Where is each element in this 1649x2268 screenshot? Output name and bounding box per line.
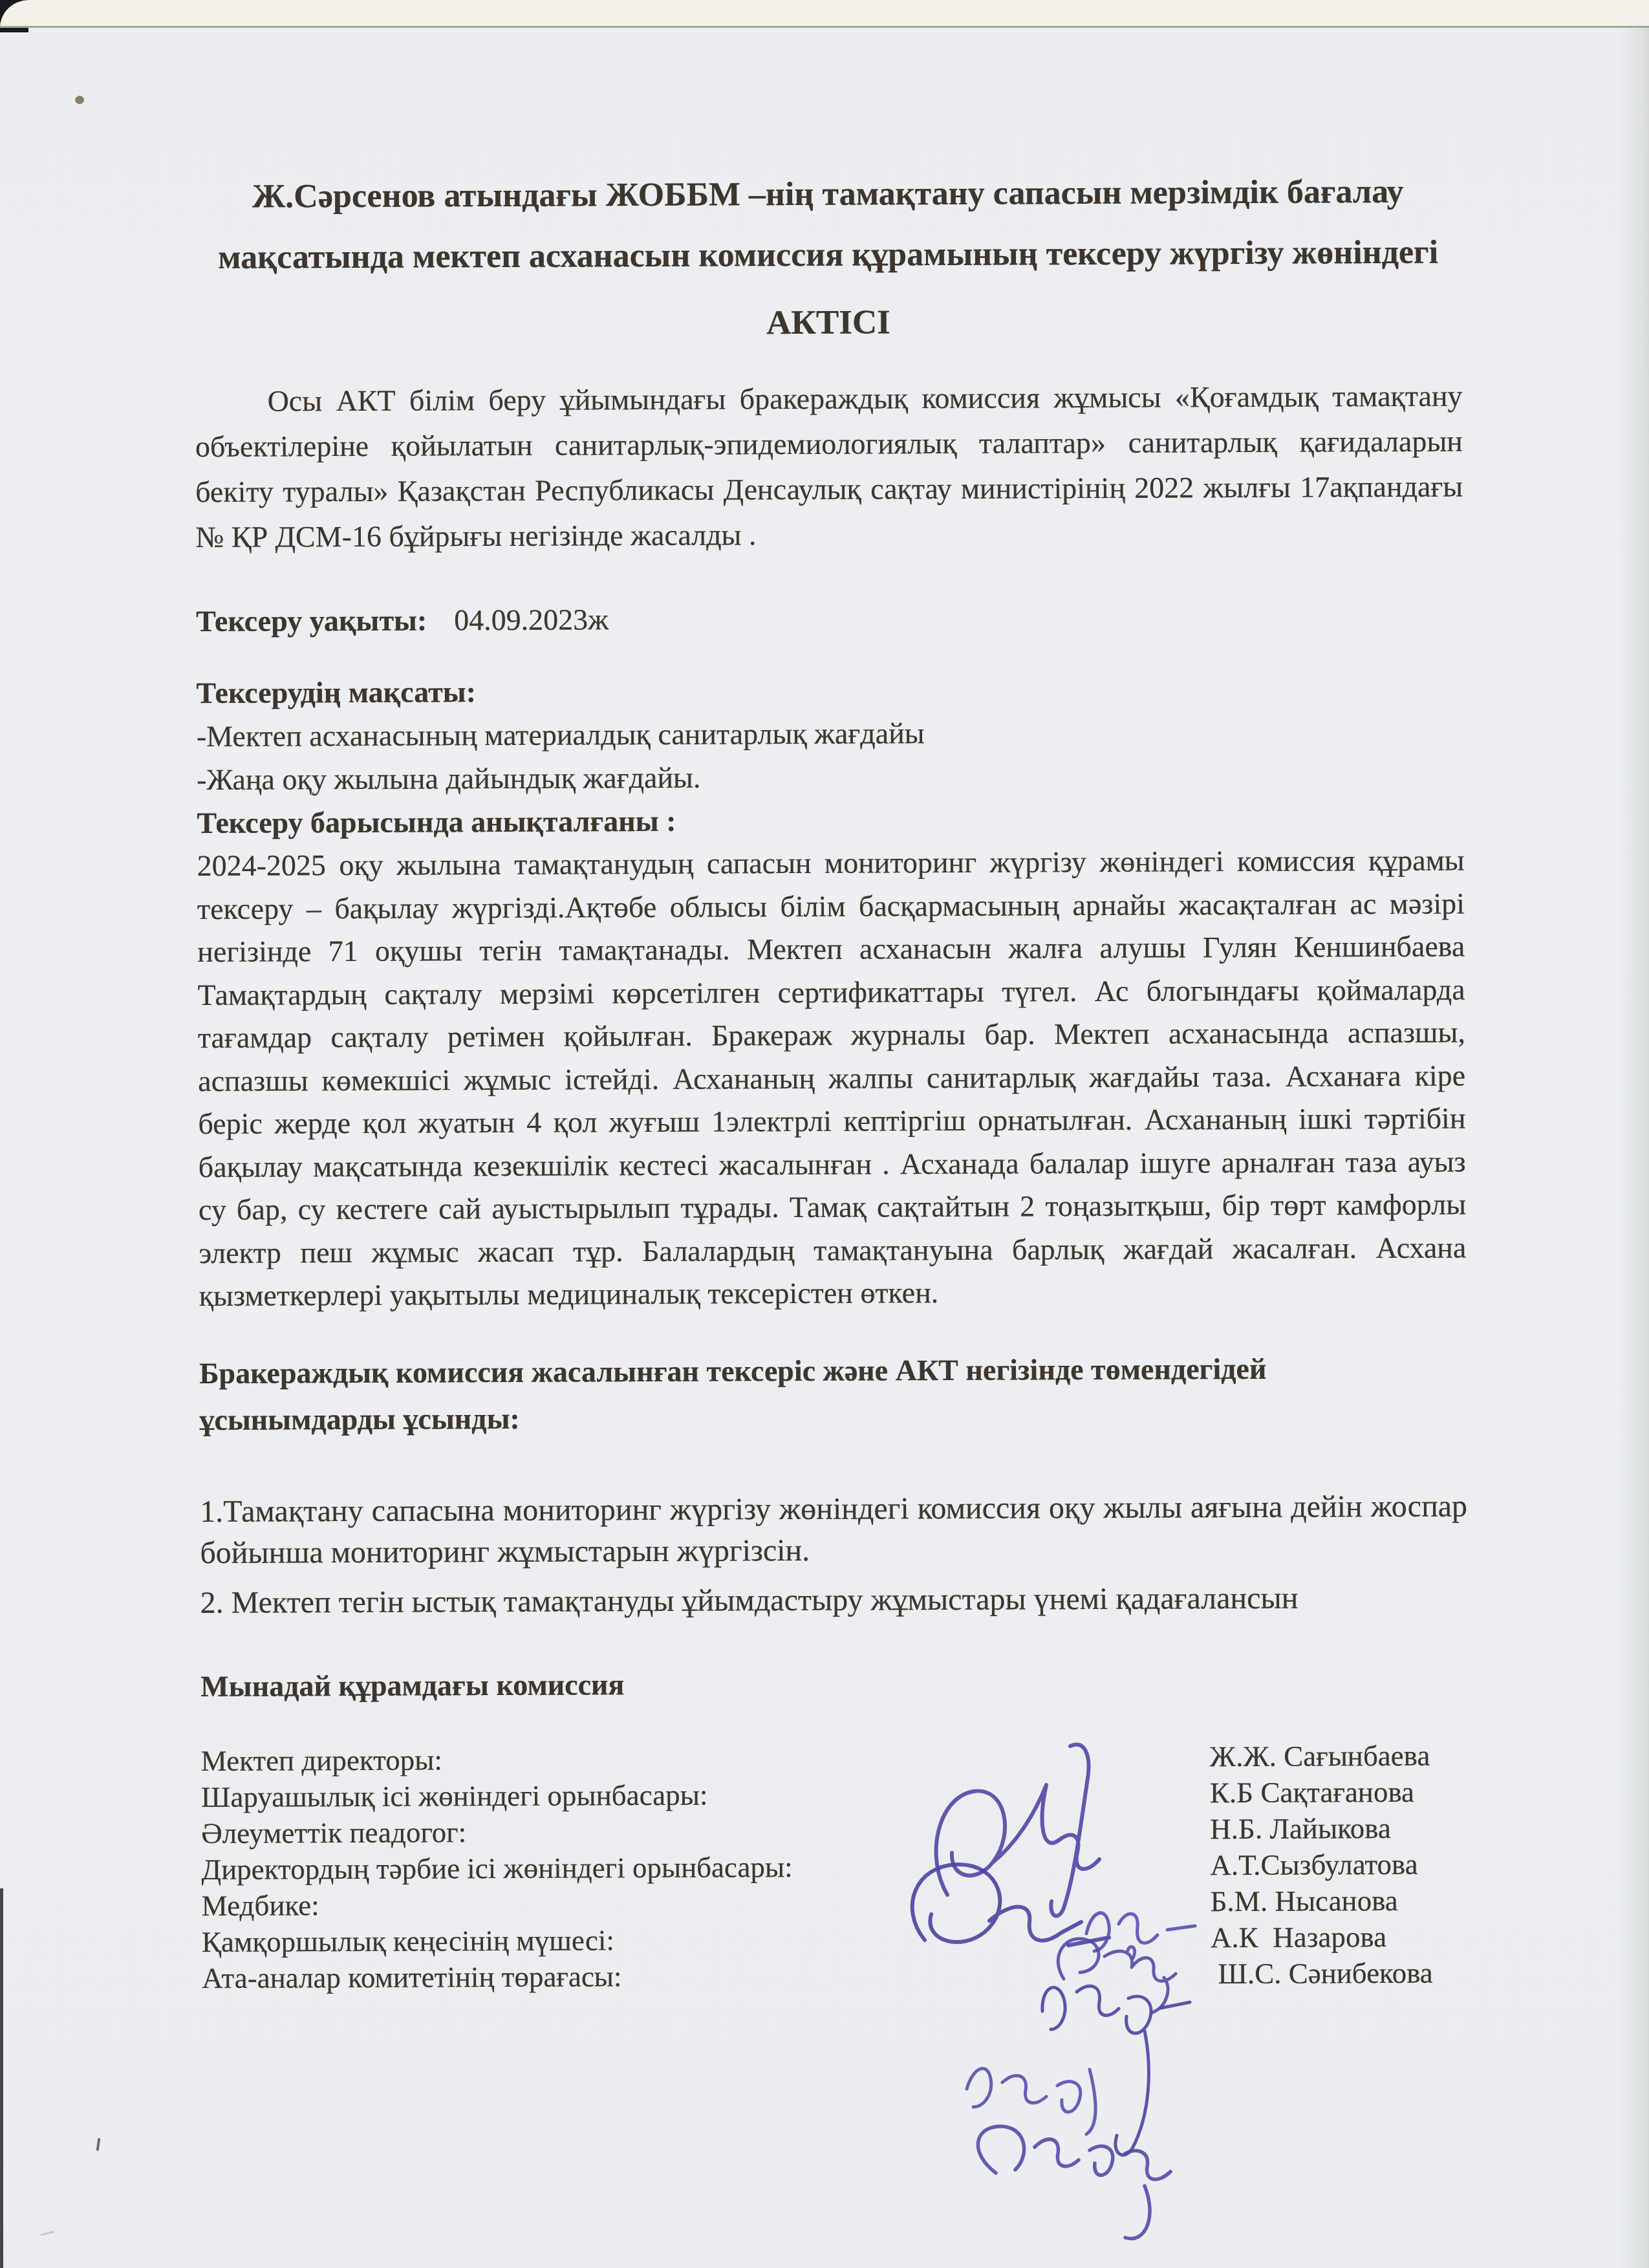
recommendations-heading: Бракераждық комиссия жасалынған тексеріс… <box>199 1345 1467 1443</box>
commission-member-role: Ата-аналар комитетінің төрағасы: <box>202 1956 1211 1996</box>
commission-member-role: Шаруашылық ісі жөніндегі орынбасары: <box>201 1775 1210 1815</box>
commission-list: Мектеп директоры: Ж.Ж. Сағынбаева Шаруаш… <box>201 1737 1470 1996</box>
commission-member-role: Мектеп директоры: <box>201 1738 1210 1779</box>
purpose-heading: Тексерудің мақсаты: <box>196 665 1463 715</box>
intro-paragraph: Осы АКТ білім беру ұйымындағы бракеражды… <box>195 373 1463 560</box>
signature-nurse <box>1042 1986 1190 2155</box>
commission-member-name: Н.Б. Лайыкова <box>1210 1809 1469 1847</box>
commission-member-row: Шаруашылық ісі жөніндегі орынбасары: К.Б… <box>201 1773 1469 1815</box>
purpose-item: -Жаңа оқу жылына дайындық жағдайы. <box>197 752 1464 801</box>
act-heading: АКТІСІ <box>195 297 1462 348</box>
paper-left-edge-line <box>0 1888 3 2268</box>
commission-member-name: Б.М. Нысанова <box>1211 1882 1469 1919</box>
findings-paragraph: 2024-2025 оқу жылына тамақтанудың сапасы… <box>197 839 1467 1317</box>
commission-heading: Мынадай құрамдағы комиссия <box>200 1659 1468 1708</box>
paper-right-edge-shading <box>1619 26 1649 2268</box>
scanned-act-document-page: Ж.Сәрсенов атындағы ЖОББМ –нің тамақтану… <box>0 0 1649 2268</box>
commission-member-row: Директордың тәрбие ісі жөніндегі орынбас… <box>201 1846 1469 1888</box>
paper-speck <box>75 96 84 104</box>
commission-member-name: К.Б Сақтағанова <box>1210 1773 1469 1811</box>
commission-member-role: Әлеуметтік пеадогог: <box>201 1811 1210 1852</box>
commission-member-row: Қамқоршылық кеңесінің мүшесі: А.К Назаро… <box>202 1918 1469 1960</box>
document-content: Ж.Сәрсенов атындағы ЖОББМ –нің тамақтану… <box>194 161 1469 1996</box>
check-time-line: Тексеру уақыты:04.09.2023ж <box>196 594 1463 643</box>
recommendation-item-2: 2. Мектеп тегін ыстық тамақтануды ұйымда… <box>200 1572 1468 1628</box>
commission-member-role: Медбике: <box>202 1883 1211 1924</box>
signature-parent-committee <box>978 2126 1170 2239</box>
commission-member-row: Мектеп директоры: Ж.Ж. Сағынбаева <box>201 1737 1469 1779</box>
commission-member-role: Қамқоршылық кеңесінің мүшесі: <box>202 1919 1211 1960</box>
scanner-edge-strip <box>0 0 1649 28</box>
commission-member-name: Ж.Ж. Сағынбаева <box>1210 1737 1469 1775</box>
commission-member-name: А.К Назарова <box>1211 1918 1469 1956</box>
findings-heading: Тексеру барысында анықталғаны : <box>197 795 1464 845</box>
purpose-item: -Мектеп асханасының материалдық санитарл… <box>197 709 1464 758</box>
recommendation-item-1: 1.Тамақтану сапасына мониторинг жүргізу … <box>200 1485 1468 1574</box>
commission-member-name: А.Т.Сызбулатова <box>1210 1846 1469 1883</box>
commission-member-row: Ата-аналар комитетінің төрағасы: Ш.С. Сә… <box>202 1954 1469 1996</box>
document-title: Ж.Сәрсенов атындағы ЖОББМ –нің тамақтану… <box>194 161 1462 288</box>
check-time-value: 04.09.2023ж <box>454 603 609 636</box>
paper-speck <box>40 2230 54 2236</box>
commission-member-name: Ш.С. Сәнибекова <box>1211 1954 1469 1992</box>
commission-member-row: Медбике: Б.М. Нысанова <box>202 1882 1469 1924</box>
paper-speck <box>96 2138 101 2151</box>
commission-member-role: Директордың тәрбие ісі жөніндегі орынбас… <box>201 1847 1210 1888</box>
commission-member-row: Әлеуметтік пеадогог: Н.Б. Лайыкова <box>201 1809 1469 1852</box>
check-time-label: Тексеру уақыты: <box>196 603 427 638</box>
signature-trustee-member <box>967 2069 1095 2134</box>
